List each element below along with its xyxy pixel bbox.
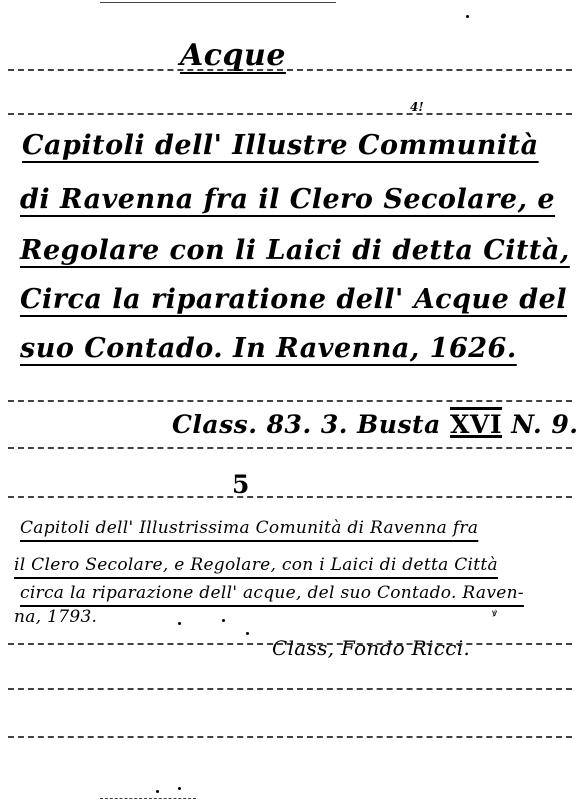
entry1-line-1: Capitoli dell' Illustre Communità <box>22 130 539 161</box>
ruled-line <box>8 447 572 449</box>
ink-dot <box>178 622 181 625</box>
ruled-line <box>8 113 572 115</box>
ink-dot <box>246 632 249 635</box>
top-margin-mark: 4! <box>410 100 424 114</box>
ink-dot <box>156 790 159 793</box>
fund-note: Class, Fondo Ricci. <box>272 636 470 660</box>
ink-dot <box>222 619 225 622</box>
entry2-margin-mark: ꝟ <box>492 605 497 619</box>
heading-acque: Acque <box>180 38 286 73</box>
shelfmark: Class. 83. 3. Busta XVI N. 9. <box>172 410 576 439</box>
ink-dot <box>178 787 181 790</box>
shelfmark-number: N. 9. <box>511 410 576 439</box>
ink-dot <box>466 15 469 18</box>
ruled-line <box>100 798 196 799</box>
entry1-line-5: suo Contado. In Ravenna, 1626. <box>20 333 517 364</box>
ruled-line <box>100 2 336 3</box>
shelfmark-class: Class. 83. 3. <box>172 410 348 439</box>
entry1-line-2: di Ravenna fra il Clero Secolare, e <box>20 184 555 215</box>
ruled-line <box>8 400 572 402</box>
entry2-line-2: il Clero Secolare, e Regolare, con i Lai… <box>14 555 498 575</box>
entry2-line-3: circa la riparazione dell' acque, del su… <box>20 583 524 603</box>
entry2-line-4: na, 1793. <box>14 607 97 627</box>
ruled-line <box>8 496 572 498</box>
ruled-line <box>8 688 572 690</box>
entry1-line-3: Regolare con li Laici di detta Città, <box>20 235 570 266</box>
entry1-line-4: Circa la riparatione dell' Acque del <box>20 284 567 315</box>
entry2-number: 5 <box>232 470 250 499</box>
ruled-line <box>8 69 572 71</box>
shelfmark-busta-number: XVI <box>450 410 502 439</box>
shelfmark-busta-label: Busta <box>357 410 441 439</box>
document-page: Acque 4! Capitoli dell' Illustre Communi… <box>0 0 576 800</box>
entry2-line-1: Capitoli dell' Illustrissima Comunità di… <box>20 518 478 538</box>
ruled-line <box>8 736 572 738</box>
